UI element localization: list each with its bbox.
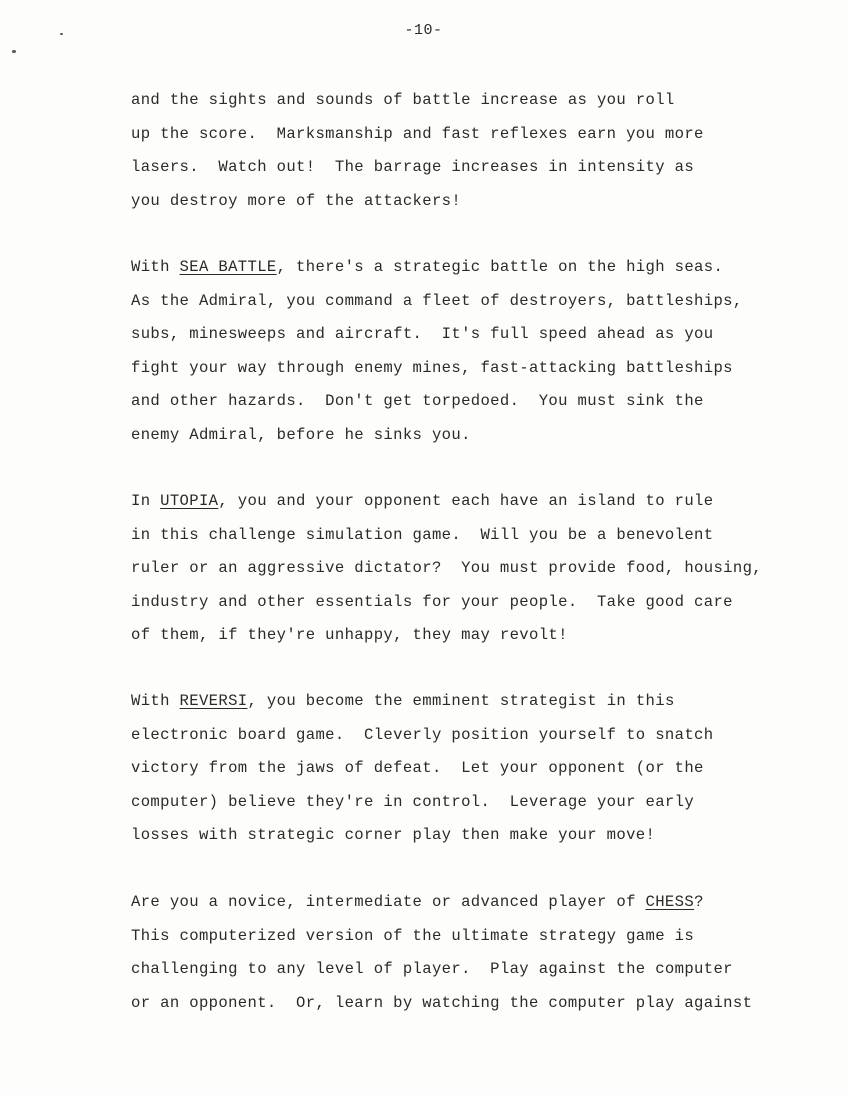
text-line: challenging to any level of player. Play…	[131, 953, 752, 987]
text-line: losses with strategic corner play then m…	[131, 819, 713, 853]
text-segment: subs, minesweeps and aircraft. It's full…	[131, 325, 713, 343]
text-line: and other hazards. Don't get torpedoed. …	[131, 385, 743, 419]
text-segment: ruler or an aggressive dictator? You mus…	[131, 559, 762, 577]
text-segment: lasers. Watch out! The barrage increases…	[131, 158, 694, 176]
text-segment: losses with strategic corner play then m…	[131, 826, 655, 844]
text-line: fight your way through enemy mines, fast…	[131, 352, 743, 386]
text-line: or an opponent. Or, learn by watching th…	[131, 987, 752, 1021]
text-segment: in this challenge simulation game. Will …	[131, 526, 713, 544]
text-segment: industry and other essentials for your p…	[131, 593, 733, 611]
text-line: up the score. Marksmanship and fast refl…	[131, 118, 704, 152]
text-segment: electronic board game. Cleverly position…	[131, 726, 713, 744]
text-segment: In	[131, 492, 160, 510]
text-line: victory from the jaws of defeat. Let you…	[131, 752, 713, 786]
paragraph-utopia: In UTOPIA, you and your opponent each ha…	[131, 485, 762, 653]
text-segment: , you and your opponent each have an isl…	[218, 492, 713, 510]
text-line: enemy Admiral, before he sinks you.	[131, 419, 743, 453]
text-segment: Are you a novice, intermediate or advanc…	[131, 893, 646, 911]
text-segment: challenging to any level of player. Play…	[131, 960, 733, 978]
text-segment: victory from the jaws of defeat. Let you…	[131, 759, 704, 777]
text-line: In UTOPIA, you and your opponent each ha…	[131, 485, 762, 519]
paragraph-sea-battle: With SEA BATTLE, there's a strategic bat…	[131, 251, 743, 452]
text-segment: of them, if they're unhappy, they may re…	[131, 626, 568, 644]
game-title: SEA BATTLE	[180, 258, 277, 276]
text-line: As the Admiral, you command a fleet of d…	[131, 285, 743, 319]
text-line: computer) believe they're in control. Le…	[131, 786, 713, 820]
text-line: With REVERSI, you become the emminent st…	[131, 685, 713, 719]
text-line: you destroy more of the attackers!	[131, 185, 704, 219]
text-line: and the sights and sounds of battle incr…	[131, 84, 704, 118]
text-segment: fight your way through enemy mines, fast…	[131, 359, 733, 377]
text-line: This computerized version of the ultimat…	[131, 920, 752, 954]
scan-speck	[60, 33, 63, 35]
game-title: UTOPIA	[160, 492, 218, 510]
text-segment: , there's a strategic battle on the high…	[277, 258, 724, 276]
page-number: -10-	[0, 22, 847, 39]
text-segment: you destroy more of the attackers!	[131, 192, 461, 210]
text-line: ruler or an aggressive dictator? You mus…	[131, 552, 762, 586]
paragraph-space-battle-continued: and the sights and sounds of battle incr…	[131, 84, 704, 218]
text-line: industry and other essentials for your p…	[131, 586, 762, 620]
text-segment: With	[131, 692, 180, 710]
text-line: With SEA BATTLE, there's a strategic bat…	[131, 251, 743, 285]
text-segment: As the Admiral, you command a fleet of d…	[131, 292, 743, 310]
text-segment: enemy Admiral, before he sinks you.	[131, 426, 471, 444]
text-segment: and other hazards. Don't get torpedoed. …	[131, 392, 704, 410]
text-segment: , you become the emminent strategist in …	[248, 692, 675, 710]
text-segment: This computerized version of the ultimat…	[131, 927, 694, 945]
paragraph-reversi: With REVERSI, you become the emminent st…	[131, 685, 713, 853]
scan-speck	[12, 50, 16, 53]
text-line: of them, if they're unhappy, they may re…	[131, 619, 762, 653]
text-segment: computer) believe they're in control. Le…	[131, 793, 694, 811]
text-segment: up the score. Marksmanship and fast refl…	[131, 125, 704, 143]
text-line: Are you a novice, intermediate or advanc…	[131, 886, 752, 920]
text-segment: or an opponent. Or, learn by watching th…	[131, 994, 752, 1012]
text-segment: ?	[694, 893, 704, 911]
game-title: REVERSI	[180, 692, 248, 710]
text-segment: and the sights and sounds of battle incr…	[131, 91, 675, 109]
game-title: CHESS	[646, 893, 695, 911]
text-line: electronic board game. Cleverly position…	[131, 719, 713, 753]
text-line: in this challenge simulation game. Will …	[131, 519, 762, 553]
text-line: lasers. Watch out! The barrage increases…	[131, 151, 704, 185]
paragraph-chess: Are you a novice, intermediate or advanc…	[131, 886, 752, 1020]
text-segment: With	[131, 258, 180, 276]
text-line: subs, minesweeps and aircraft. It's full…	[131, 318, 743, 352]
